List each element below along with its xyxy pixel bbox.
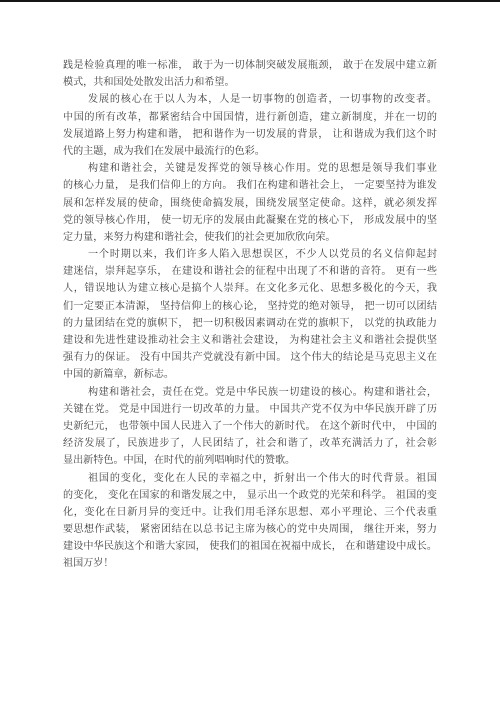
- text-line: 构建和谐社会，关键是发挥党的领导核心作用。党的思想是领导我们事业: [63, 160, 437, 177]
- text-line: 的核心力量， 是我们信仰上的方向。 我们在构建和谐社会上， 一定要坚持为谁发: [63, 177, 437, 194]
- text-line: 党的领导核心作用， 使一切无序的发展由此凝聚在党的核心下， 形成发展中的坚: [63, 212, 437, 229]
- text-line: 显出新特色。中国，在时代的前列唱响时代的赞歌。: [63, 452, 437, 469]
- text-line: 人，错误地认为建立核心是搞个人崇拜。在文化多元化、思想多极化的今天，我: [63, 280, 437, 297]
- text-line: 关键在党。 党是中国进行一切改革的力量。 中国共产党不仅为中华民族开辟了历: [63, 401, 437, 418]
- text-line: 中国的所有改革，都紧密结合中国国情，进行新创造，建立新制度，并在一切的: [63, 109, 437, 126]
- text-line: 化，变化在日新月异的变迁中。让我们用毛泽东思想、邓小平理论、三个代表重: [63, 504, 437, 521]
- text-line: 建迷信，崇拜起享乐， 在建设和谐社会的征程中出现了不和谐的音符。 更有一些: [63, 263, 437, 280]
- text-line: 经济发展了，民族进步了，人民团结了，社会和谐了，改革充满活力了，社会彰: [63, 435, 437, 452]
- text-line: 发展的核心在于以人为本，人是一切事物的创造者，一切事物的改变者。: [63, 91, 437, 108]
- page-top-rule: [0, 0, 500, 2]
- text-line: 代的主题，成为我们在发展中最流行的色彩。: [63, 143, 437, 160]
- text-line: 们一定要正本清源， 坚持信仰上的核心论， 坚持党的绝对领导， 把一切可以团结: [63, 298, 437, 315]
- text-line: 的变化， 变化在国家的和谐发展之中， 显示出一个政党的光荣和科学。 祖国的变: [63, 487, 437, 504]
- text-line: 构建和谐社会，责任在党。党是中华民族一切建设的核心。构建和谐社会，: [63, 384, 437, 401]
- text-line: 定力量，来努力构建和谐社会，使我们的社会更加欣欣向荣。: [63, 229, 437, 246]
- document-body: 践是检验真理的唯一标准， 敢于为一切体制突破发展瓶颈， 敢于在发展中建立新 模式…: [63, 57, 437, 573]
- text-line: 强有力的保证。 没有中国共产党就没有新中国。 这个伟大的结论是马克思主义在: [63, 349, 437, 366]
- text-line: 史新纪元， 也带领中国人民进入了一个伟大的新时代。 在这个新时代中， 中国的: [63, 418, 437, 435]
- text-line: 的力量团结在党的旗帜下， 把一切积极因素调动在党的旗帜下， 以党的执政能力: [63, 315, 437, 332]
- text-line: 祖国的变化，变化在人民的幸福之中，折射出一个伟大的时代背景。祖国: [63, 470, 437, 487]
- text-line: 一个时期以来，我们许多人陷入思想误区，不少人以党员的名义信仰起封: [63, 246, 437, 263]
- text-line: 模式，共和国处处散发出活力和希望。: [63, 74, 437, 91]
- text-line: 发展道路上努力构建和谐， 把和谐作为一切发展的背景， 让和谐成为我们这个时: [63, 126, 437, 143]
- text-line: 践是检验真理的唯一标准， 敢于为一切体制突破发展瓶颈， 敢于在发展中建立新: [63, 57, 437, 74]
- text-line: 中国的新篇章，新标志。: [63, 366, 437, 383]
- text-line: 要思想作武装， 紧密团结在以总书记主席为核心的党中央周围， 继往开来，努力: [63, 521, 437, 538]
- text-line: 展和怎样发展的使命，围绕使命搞发展，围绕发展坚定使命。这样，就必须发挥: [63, 195, 437, 212]
- text-line: 建设中华民族这个和谐大家园， 使我们的祖国在祝福中成长， 在和谐建设中成长。: [63, 538, 437, 555]
- text-line: 建设和先进性建设推动社会主义和谐社会建设， 为构建社会主义和谐社会提供坚: [63, 332, 437, 349]
- text-line: 祖国万岁！: [63, 555, 437, 572]
